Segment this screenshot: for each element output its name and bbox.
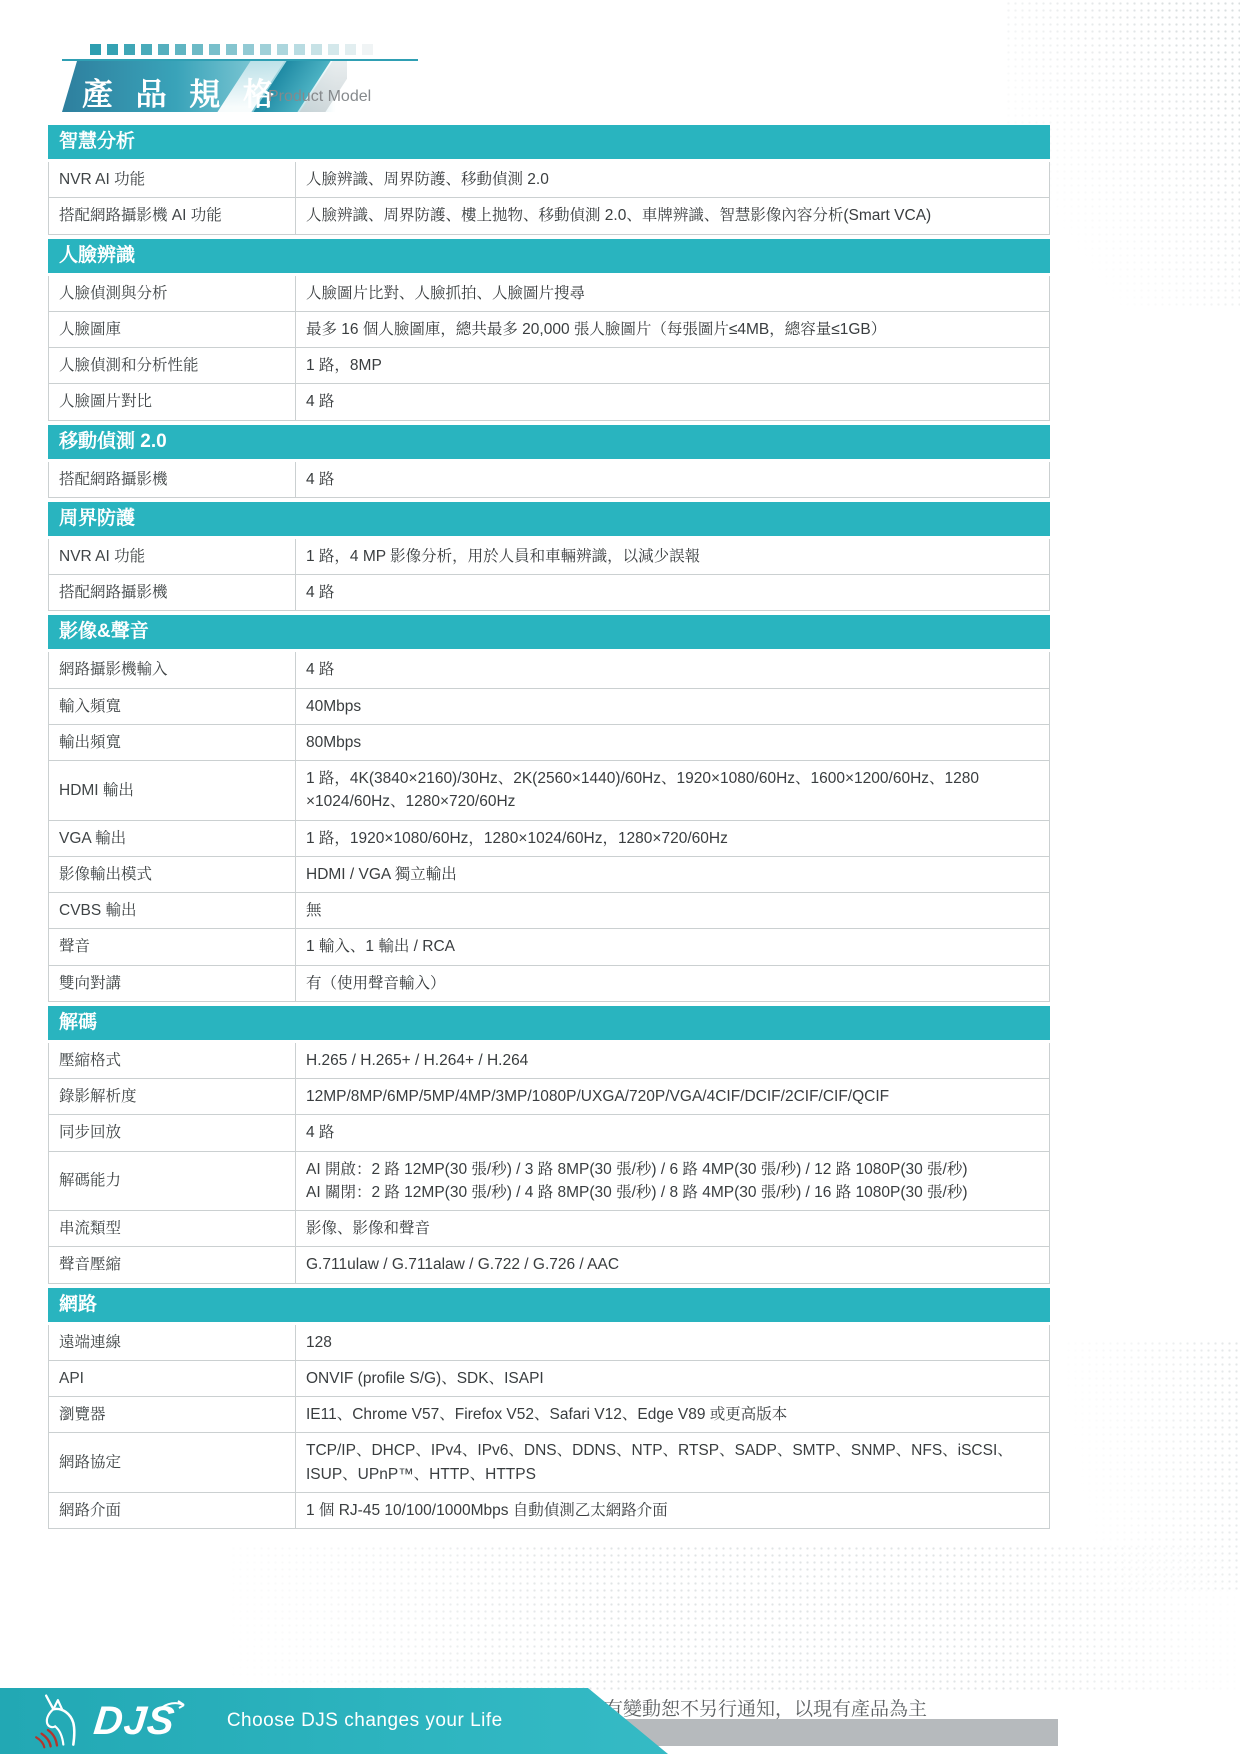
spec-value: AI 開啟：2 路 12MP(30 張/秒) / 3 路 8MP(30 張/秒)… <box>296 1152 1049 1211</box>
spec-row: 同步回放4 路 <box>49 1114 1049 1150</box>
spec-value: HDMI / VGA 獨立輸出 <box>296 857 1049 892</box>
deco-square <box>277 44 288 55</box>
spec-label: 搭配網路攝影機 <box>49 575 296 610</box>
spec-value: 1 輸入、1 輸出 / RCA <box>296 929 1049 964</box>
dot-pattern-mid-right <box>1065 1340 1240 1590</box>
deco-square <box>294 44 305 55</box>
spec-row: 人臉圖庫最多 16 個人臉圖庫，總共最多 20,000 張人臉圖片（每張圖片≤4… <box>49 311 1049 347</box>
spec-label: NVR AI 功能 <box>49 162 296 197</box>
section-header: 解碼 <box>48 1006 1050 1040</box>
spec-value: 1 路，4 MP 影像分析，用於人員和車輛辨識，以減少誤報 <box>296 539 1049 574</box>
spec-row: CVBS 輸出無 <box>49 892 1049 928</box>
section-header: 智慧分析 <box>48 125 1050 159</box>
spec-value: 4 路 <box>296 575 1049 610</box>
spec-label: 網路協定 <box>49 1433 296 1492</box>
spec-row: 雙向對講有（使用聲音輸入） <box>49 965 1049 1001</box>
spec-value: 4 路 <box>296 462 1049 497</box>
deco-square <box>158 44 169 55</box>
spec-label: HDMI 輸出 <box>49 761 296 820</box>
spec-label: 聲音壓縮 <box>49 1247 296 1282</box>
spec-row: NVR AI 功能1 路，4 MP 影像分析，用於人員和車輛辨識，以減少誤報 <box>49 539 1049 574</box>
spec-value: 人臉辨識、周界防護、樓上拋物、移動偵測 2.0、車牌辨識、智慧影像內容分析(Sm… <box>296 198 1049 233</box>
spec-row: 網路介面1 個 RJ-45 10/100/1000Mbps 自動偵測乙太網路介面 <box>49 1492 1049 1528</box>
spec-row: 聲音壓縮G.711ulaw / G.711alaw / G.722 / G.72… <box>49 1246 1049 1282</box>
deco-square <box>226 44 237 55</box>
spec-row: 搭配網路攝影機 AI 功能人臉辨識、周界防護、樓上拋物、移動偵測 2.0、車牌辨… <box>49 197 1049 233</box>
spec-label: 網路介面 <box>49 1493 296 1528</box>
deco-square <box>328 44 339 55</box>
spec-label: 影像輸出模式 <box>49 857 296 892</box>
section-rows: 遠端連線128APIONVIF (profile S/G)、SDK、ISAPI瀏… <box>48 1325 1050 1530</box>
spec-value: 1 個 RJ-45 10/100/1000Mbps 自動偵測乙太網路介面 <box>296 1493 1049 1528</box>
deco-square <box>311 44 322 55</box>
deco-square <box>243 44 254 55</box>
spec-value: 影像、影像和聲音 <box>296 1211 1049 1246</box>
deco-squares-row <box>90 44 373 55</box>
spec-row: 搭配網路攝影機4 路 <box>49 462 1049 497</box>
spec-value: 1 路，4K(3840×2160)/30Hz、2K(2560×1440)/60H… <box>296 761 1049 820</box>
spec-row: APIONVIF (profile S/G)、SDK、ISAPI <box>49 1360 1049 1396</box>
spec-row: 聲音1 輸入、1 輸出 / RCA <box>49 928 1049 964</box>
unicorn-logo-icon <box>26 1692 88 1750</box>
deco-square <box>141 44 152 55</box>
brand-logo: DJS <box>26 1692 205 1750</box>
spec-label: 人臉偵測與分析 <box>49 276 296 311</box>
spec-row: 串流類型影像、影像和聲音 <box>49 1210 1049 1246</box>
deco-square <box>192 44 203 55</box>
spec-label: 瀏覽器 <box>49 1397 296 1432</box>
spec-row: 網路攝影機輸入4 路 <box>49 652 1049 687</box>
spec-label: NVR AI 功能 <box>49 539 296 574</box>
spec-value: 4 路 <box>296 652 1049 687</box>
spec-label: 雙向對講 <box>49 966 296 1001</box>
spec-row: 人臉偵測與分析人臉圖片比對、人臉抓拍、人臉圖片搜尋 <box>49 276 1049 311</box>
spec-row: VGA 輸出1 路，1920×1080/60Hz，1280×1024/60Hz，… <box>49 820 1049 856</box>
section-header: 人臉辨識 <box>48 239 1050 273</box>
deco-square <box>209 44 220 55</box>
spec-value: 4 路 <box>296 384 1049 419</box>
page-title: 產 品 規 格 <box>82 69 281 114</box>
deco-square <box>345 44 356 55</box>
spec-label: 同步回放 <box>49 1115 296 1150</box>
spec-label: 錄影解析度 <box>49 1079 296 1114</box>
spec-row: 解碼能力AI 開啟：2 路 12MP(30 張/秒) / 3 路 8MP(30 … <box>49 1151 1049 1211</box>
spec-value: 40Mbps <box>296 689 1049 724</box>
spec-row: 遠端連線128 <box>49 1325 1049 1360</box>
deco-square <box>362 44 373 55</box>
section-rows: 人臉偵測與分析人臉圖片比對、人臉抓拍、人臉圖片搜尋人臉圖庫最多 16 個人臉圖庫… <box>48 276 1050 421</box>
section-header: 影像&聲音 <box>48 615 1050 649</box>
spec-value: 128 <box>296 1325 1049 1360</box>
brand-slogan: Choose DJS changes your Life <box>227 1710 503 1732</box>
spec-label: 壓縮格式 <box>49 1043 296 1078</box>
section-header: 移動偵測 2.0 <box>48 425 1050 459</box>
spec-row: 影像輸出模式HDMI / VGA 獨立輸出 <box>49 856 1049 892</box>
spec-label: 搭配網路攝影機 AI 功能 <box>49 198 296 233</box>
section-rows: NVR AI 功能1 路，4 MP 影像分析，用於人員和車輛辨識，以減少誤報搭配… <box>48 539 1050 612</box>
spec-value: IE11、Chrome V57、Firefox V52、Safari V12、E… <box>296 1397 1049 1432</box>
spec-label: 解碼能力 <box>49 1152 296 1211</box>
spec-label: API <box>49 1361 296 1396</box>
spec-label: 遠端連線 <box>49 1325 296 1360</box>
spec-row: 輸出頻寬80Mbps <box>49 724 1049 760</box>
spec-value: 人臉辨識、周界防護、移動偵測 2.0 <box>296 162 1049 197</box>
page-subtitle: Product Model <box>268 88 371 106</box>
spec-label: VGA 輸出 <box>49 821 296 856</box>
spec-value: 人臉圖片比對、人臉抓拍、人臉圖片搜尋 <box>296 276 1049 311</box>
spec-row: 壓縮格式H.265 / H.265+ / H.264+ / H.264 <box>49 1043 1049 1078</box>
spec-row: 錄影解析度12MP/8MP/6MP/5MP/4MP/3MP/1080P/UXGA… <box>49 1078 1049 1114</box>
spec-row: 網路協定TCP/IP、DHCP、IPv4、IPv6、DNS、DDNS、NTP、R… <box>49 1432 1049 1492</box>
deco-square <box>175 44 186 55</box>
spec-row: 人臉偵測和分析性能1 路，8MP <box>49 347 1049 383</box>
spec-value: 12MP/8MP/6MP/5MP/4MP/3MP/1080P/UXGA/720P… <box>296 1079 1049 1114</box>
spec-label: 輸出頻寬 <box>49 725 296 760</box>
spec-label: 搭配網路攝影機 <box>49 462 296 497</box>
spec-label: CVBS 輸出 <box>49 893 296 928</box>
spec-row: NVR AI 功能人臉辨識、周界防護、移動偵測 2.0 <box>49 162 1049 197</box>
section-rows: 網路攝影機輸入4 路輸入頻寬40Mbps輸出頻寬80MbpsHDMI 輸出1 路… <box>48 652 1050 1002</box>
spec-label: 人臉偵測和分析性能 <box>49 348 296 383</box>
spec-label: 聲音 <box>49 929 296 964</box>
deco-square <box>124 44 135 55</box>
spec-row: 輸入頻寬40Mbps <box>49 688 1049 724</box>
spec-row: HDMI 輸出1 路，4K(3840×2160)/30Hz、2K(2560×14… <box>49 760 1049 820</box>
deco-top-line <box>62 59 418 61</box>
spec-row: 人臉圖片對比4 路 <box>49 383 1049 419</box>
spec-value: H.265 / H.265+ / H.264+ / H.264 <box>296 1043 1049 1078</box>
dot-pattern-above-footer <box>230 1545 1240 1690</box>
section-rows: 壓縮格式H.265 / H.265+ / H.264+ / H.264錄影解析度… <box>48 1043 1050 1284</box>
spec-value: 80Mbps <box>296 725 1049 760</box>
deco-square <box>107 44 118 55</box>
spec-label: 串流類型 <box>49 1211 296 1246</box>
spec-value: ONVIF (profile S/G)、SDK、ISAPI <box>296 1361 1049 1396</box>
spec-value: 最多 16 個人臉圖庫，總共最多 20,000 張人臉圖片（每張圖片≤4MB，總… <box>296 312 1049 347</box>
spec-value: 無 <box>296 893 1049 928</box>
spec-row: 搭配網路攝影機4 路 <box>49 574 1049 610</box>
spec-label: 網路攝影機輸入 <box>49 652 296 687</box>
deco-square <box>90 44 101 55</box>
spec-value: TCP/IP、DHCP、IPv4、IPv6、DNS、DDNS、NTP、RTSP、… <box>296 1433 1049 1492</box>
deco-square <box>260 44 271 55</box>
spec-label: 輸入頻寬 <box>49 689 296 724</box>
spec-value: 1 路，8MP <box>296 348 1049 383</box>
spec-value: G.711ulaw / G.711alaw / G.722 / G.726 / … <box>296 1247 1049 1282</box>
section-rows: 搭配網路攝影機4 路 <box>48 462 1050 498</box>
spec-label: 人臉圖片對比 <box>49 384 296 419</box>
spec-value: 4 路 <box>296 1115 1049 1150</box>
section-header: 網路 <box>48 1288 1050 1322</box>
brand-swoosh-arrow-icon <box>157 1698 187 1712</box>
spec-row: 瀏覽器IE11、Chrome V57、Firefox V52、Safari V1… <box>49 1396 1049 1432</box>
section-rows: NVR AI 功能人臉辨識、周界防護、移動偵測 2.0搭配網路攝影機 AI 功能… <box>48 162 1050 235</box>
spec-value: 有（使用聲音輸入） <box>296 966 1049 1001</box>
spec-value: 1 路，1920×1080/60Hz，1280×1024/60Hz，1280×7… <box>296 821 1049 856</box>
footer-band: DJS Choose DJS changes your Life <box>0 1688 668 1754</box>
spec-table: 智慧分析NVR AI 功能人臉辨識、周界防護、移動偵測 2.0搭配網路攝影機 A… <box>48 125 1050 1529</box>
section-header: 周界防護 <box>48 502 1050 536</box>
spec-label: 人臉圖庫 <box>49 312 296 347</box>
